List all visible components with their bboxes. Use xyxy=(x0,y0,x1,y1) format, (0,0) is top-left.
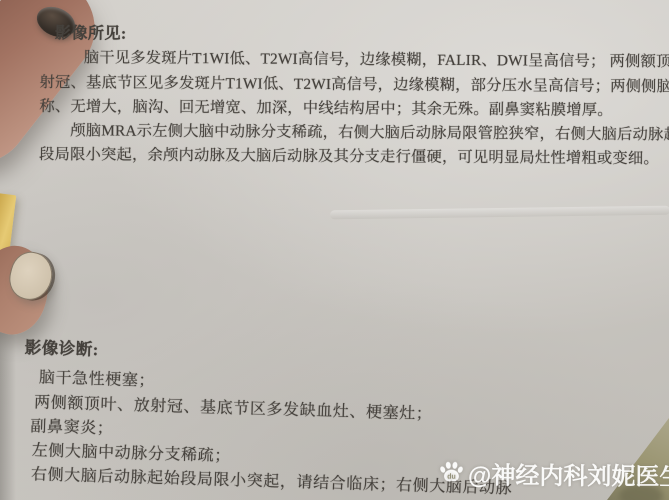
diagnosis-title: 影像诊断: xyxy=(24,334,99,360)
diagnosis-line: 脑干急性梗塞； xyxy=(39,364,156,390)
diagnosis-section: 影像诊断: 脑干急性梗塞； 两侧额顶叶、放射冠、基底节区多发缺血灶、梗塞灶； 副… xyxy=(4,0,669,219)
diagnosis-line: 副鼻窦炎； xyxy=(30,413,114,438)
paw-icon-label: du xyxy=(447,474,456,481)
paw-icon: du xyxy=(438,459,465,486)
watermark-handle: @神经内科刘妮医生 xyxy=(468,455,669,492)
report-photo: 影像所见: 脑干见多发斑片T1WI低、T2WI高信号，边缘模糊，FALIR、DW… xyxy=(0,0,669,500)
watermark: du @神经内科刘妮医生 xyxy=(438,455,669,492)
paper-edge-shadow xyxy=(0,320,16,500)
